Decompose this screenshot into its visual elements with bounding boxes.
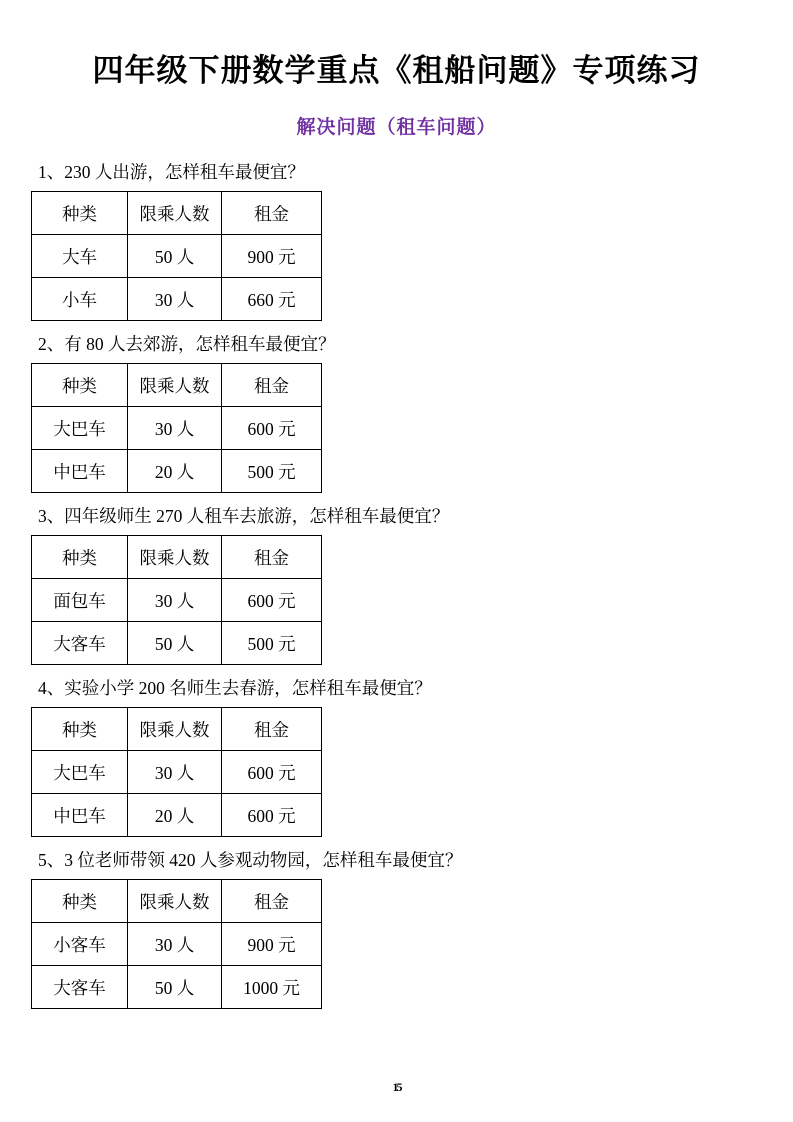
- question-text: 3、四年级师生 270 人租车去旅游，怎样租车最便宜？: [31, 505, 793, 528]
- col-header-rent: 租金: [222, 364, 322, 407]
- rental-table: 种类 限乘人数 租金 大车 50 人 900 元 小车 30 人 660 元: [31, 191, 322, 321]
- question-block-3: 3、四年级师生 270 人租车去旅游，怎样租车最便宜？ 种类 限乘人数 租金 面…: [31, 505, 793, 665]
- rental-table: 种类 限乘人数 租金 小客车 30 人 900 元 大客车 50 人 1000 …: [31, 879, 322, 1009]
- col-header-type: 种类: [32, 708, 128, 751]
- table-cell: 30 人: [128, 278, 222, 321]
- page-footer: 15: [0, 1078, 793, 1096]
- rental-table: 种类 限乘人数 租金 大巴车 30 人 600 元 中巴车 20 人 500 元: [31, 363, 322, 493]
- table-cell: 大车: [32, 235, 128, 278]
- rental-table: 种类 限乘人数 租金 面包车 30 人 600 元 大客车 50 人 500 元: [31, 535, 322, 665]
- table-cell: 900 元: [222, 235, 322, 278]
- col-header-rent: 租金: [222, 880, 322, 923]
- table-row: 大车 50 人 900 元: [32, 235, 322, 278]
- col-header-capacity: 限乘人数: [128, 708, 222, 751]
- table-row: 大客车 50 人 1000 元: [32, 966, 322, 1009]
- question-block-5: 5、3 位老师带领 420 人参观动物园，怎样租车最便宜？ 种类 限乘人数 租金…: [31, 849, 793, 1009]
- question-block-1: 1、230 人出游，怎样租车最便宜？ 种类 限乘人数 租金 大车 50 人 90…: [31, 161, 793, 321]
- col-header-type: 种类: [32, 880, 128, 923]
- question-text: 5、3 位老师带领 420 人参观动物园，怎样租车最便宜？: [31, 849, 793, 872]
- col-header-capacity: 限乘人数: [128, 364, 222, 407]
- table-cell: 600 元: [222, 751, 322, 794]
- col-header-rent: 租金: [222, 708, 322, 751]
- table-header-row: 种类 限乘人数 租金: [32, 192, 322, 235]
- table-header-row: 种类 限乘人数 租金: [32, 708, 322, 751]
- table-cell: 500 元: [222, 622, 322, 665]
- col-header-rent: 租金: [222, 192, 322, 235]
- col-header-capacity: 限乘人数: [128, 536, 222, 579]
- table-row: 大巴车 30 人 600 元: [32, 407, 322, 450]
- page-number: 15: [393, 1080, 401, 1094]
- table-cell: 900 元: [222, 923, 322, 966]
- table-cell: 中巴车: [32, 794, 128, 837]
- question-text: 2、有 80 人去郊游，怎样租车最便宜？: [31, 333, 793, 356]
- table-cell: 1000 元: [222, 966, 322, 1009]
- table-cell: 大客车: [32, 622, 128, 665]
- table-header-row: 种类 限乘人数 租金: [32, 880, 322, 923]
- table-header-row: 种类 限乘人数 租金: [32, 536, 322, 579]
- col-header-type: 种类: [32, 192, 128, 235]
- table-cell: 30 人: [128, 407, 222, 450]
- question-text: 1、230 人出游，怎样租车最便宜？: [31, 161, 793, 184]
- page-subtitle: 解决问题（租车问题）: [0, 112, 793, 139]
- table-row: 小车 30 人 660 元: [32, 278, 322, 321]
- table-cell: 30 人: [128, 923, 222, 966]
- question-text: 4、实验小学 200 名师生去春游，怎样租车最便宜？: [31, 677, 793, 700]
- table-cell: 50 人: [128, 235, 222, 278]
- table-cell: 30 人: [128, 579, 222, 622]
- table-header-row: 种类 限乘人数 租金: [32, 364, 322, 407]
- table-cell: 20 人: [128, 794, 222, 837]
- table-row: 大客车 50 人 500 元: [32, 622, 322, 665]
- table-row: 小客车 30 人 900 元: [32, 923, 322, 966]
- worksheet-content: 1、230 人出游，怎样租车最便宜？ 种类 限乘人数 租金 大车 50 人 90…: [0, 139, 793, 1009]
- table-cell: 500 元: [222, 450, 322, 493]
- question-block-4: 4、实验小学 200 名师生去春游，怎样租车最便宜？ 种类 限乘人数 租金 大巴…: [31, 677, 793, 837]
- table-cell: 20 人: [128, 450, 222, 493]
- table-cell: 30 人: [128, 751, 222, 794]
- table-cell: 大客车: [32, 966, 128, 1009]
- table-cell: 大巴车: [32, 751, 128, 794]
- table-cell: 小客车: [32, 923, 128, 966]
- col-header-rent: 租金: [222, 536, 322, 579]
- col-header-type: 种类: [32, 364, 128, 407]
- table-row: 大巴车 30 人 600 元: [32, 751, 322, 794]
- table-row: 中巴车 20 人 600 元: [32, 794, 322, 837]
- table-cell: 600 元: [222, 407, 322, 450]
- rental-table: 种类 限乘人数 租金 大巴车 30 人 600 元 中巴车 20 人 600 元: [31, 707, 322, 837]
- col-header-type: 种类: [32, 536, 128, 579]
- table-cell: 中巴车: [32, 450, 128, 493]
- table-cell: 50 人: [128, 966, 222, 1009]
- col-header-capacity: 限乘人数: [128, 880, 222, 923]
- worksheet-page: 四年级下册数学重点《租船问题》专项练习 解决问题（租车问题） 1、230 人出游…: [0, 0, 793, 1122]
- page-title: 四年级下册数学重点《租船问题》专项练习: [20, 52, 773, 89]
- table-row: 面包车 30 人 600 元: [32, 579, 322, 622]
- table-cell: 面包车: [32, 579, 128, 622]
- table-cell: 50 人: [128, 622, 222, 665]
- col-header-capacity: 限乘人数: [128, 192, 222, 235]
- table-cell: 600 元: [222, 579, 322, 622]
- table-cell: 小车: [32, 278, 128, 321]
- table-cell: 大巴车: [32, 407, 128, 450]
- table-cell: 660 元: [222, 278, 322, 321]
- table-row: 中巴车 20 人 500 元: [32, 450, 322, 493]
- question-block-2: 2、有 80 人去郊游，怎样租车最便宜？ 种类 限乘人数 租金 大巴车 30 人…: [31, 333, 793, 493]
- table-cell: 600 元: [222, 794, 322, 837]
